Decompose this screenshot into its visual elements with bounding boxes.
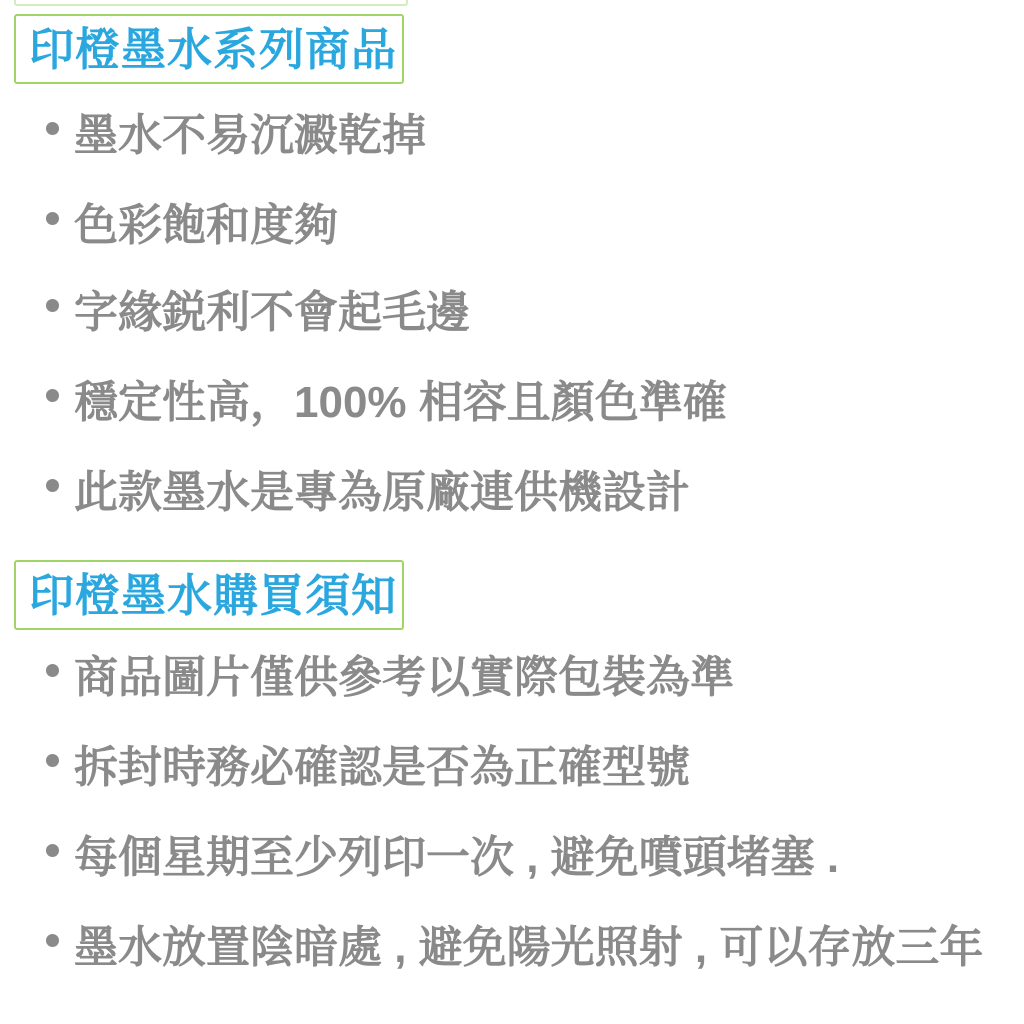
bullet-item: 字緣鋭利不會起毛邊	[46, 287, 470, 339]
bullet-dot-icon	[46, 754, 59, 767]
bullet-dot-icon	[46, 844, 59, 857]
bullet-item: 色彩飽和度夠	[46, 200, 338, 252]
bullet-text: 拆封時務必確認是否為正確型號	[74, 742, 690, 794]
section-title: 印橙墨水系列商品	[29, 27, 397, 72]
bullet-text: 商品圖片僅供參考以實際包裝為準	[74, 652, 734, 704]
bullet-text: 墨水不易沉澱乾掉	[74, 110, 426, 162]
bullet-item: 商品圖片僅供參考以實際包裝為準	[46, 652, 734, 704]
bullet-text: 字緣鋭利不會起毛邊	[74, 287, 470, 339]
bullet-item: 拆封時務必確認是否為正確型號	[46, 742, 690, 794]
bullet-text: 此款墨水是專為原廠連供機設計	[74, 467, 690, 519]
bullet-text: 每個星期至少列印一次 , 避免噴頭堵塞 .	[74, 832, 839, 884]
bullet-item: 穩定性高，100% 相容且顏色準確	[46, 377, 727, 429]
cropped-box-above	[14, 0, 408, 6]
bullet-text: 色彩飽和度夠	[74, 200, 338, 252]
bullet-dot-icon	[46, 299, 59, 312]
product-description-image: 印橙墨水系列商品 墨水不易沉澱乾掉 色彩飽和度夠 字緣鋭利不會起毛邊 穩定性高，…	[0, 0, 1024, 1024]
bullet-dot-icon	[46, 389, 59, 402]
bullet-dot-icon	[46, 664, 59, 677]
bullet-item: 此款墨水是專為原廠連供機設計	[46, 467, 690, 519]
bullet-dot-icon	[46, 212, 59, 225]
bullet-text: 墨水放置陰暗處 , 避免陽光照射 , 可以存放三年	[74, 922, 983, 974]
bullet-item: 每個星期至少列印一次 , 避免噴頭堵塞 .	[46, 832, 839, 884]
bullet-dot-icon	[46, 934, 59, 947]
bullet-dot-icon	[46, 479, 59, 492]
section-title: 印橙墨水購買須知	[29, 573, 397, 618]
bullet-text: 穩定性高，100% 相容且顏色準確	[74, 377, 727, 429]
section-title-box-purchase-notes: 印橙墨水購買須知	[14, 560, 404, 630]
section-title-box-series: 印橙墨水系列商品	[14, 14, 404, 84]
bullet-item: 墨水不易沉澱乾掉	[46, 110, 426, 162]
bullet-dot-icon	[46, 122, 59, 135]
bullet-item: 墨水放置陰暗處 , 避免陽光照射 , 可以存放三年	[46, 922, 983, 974]
